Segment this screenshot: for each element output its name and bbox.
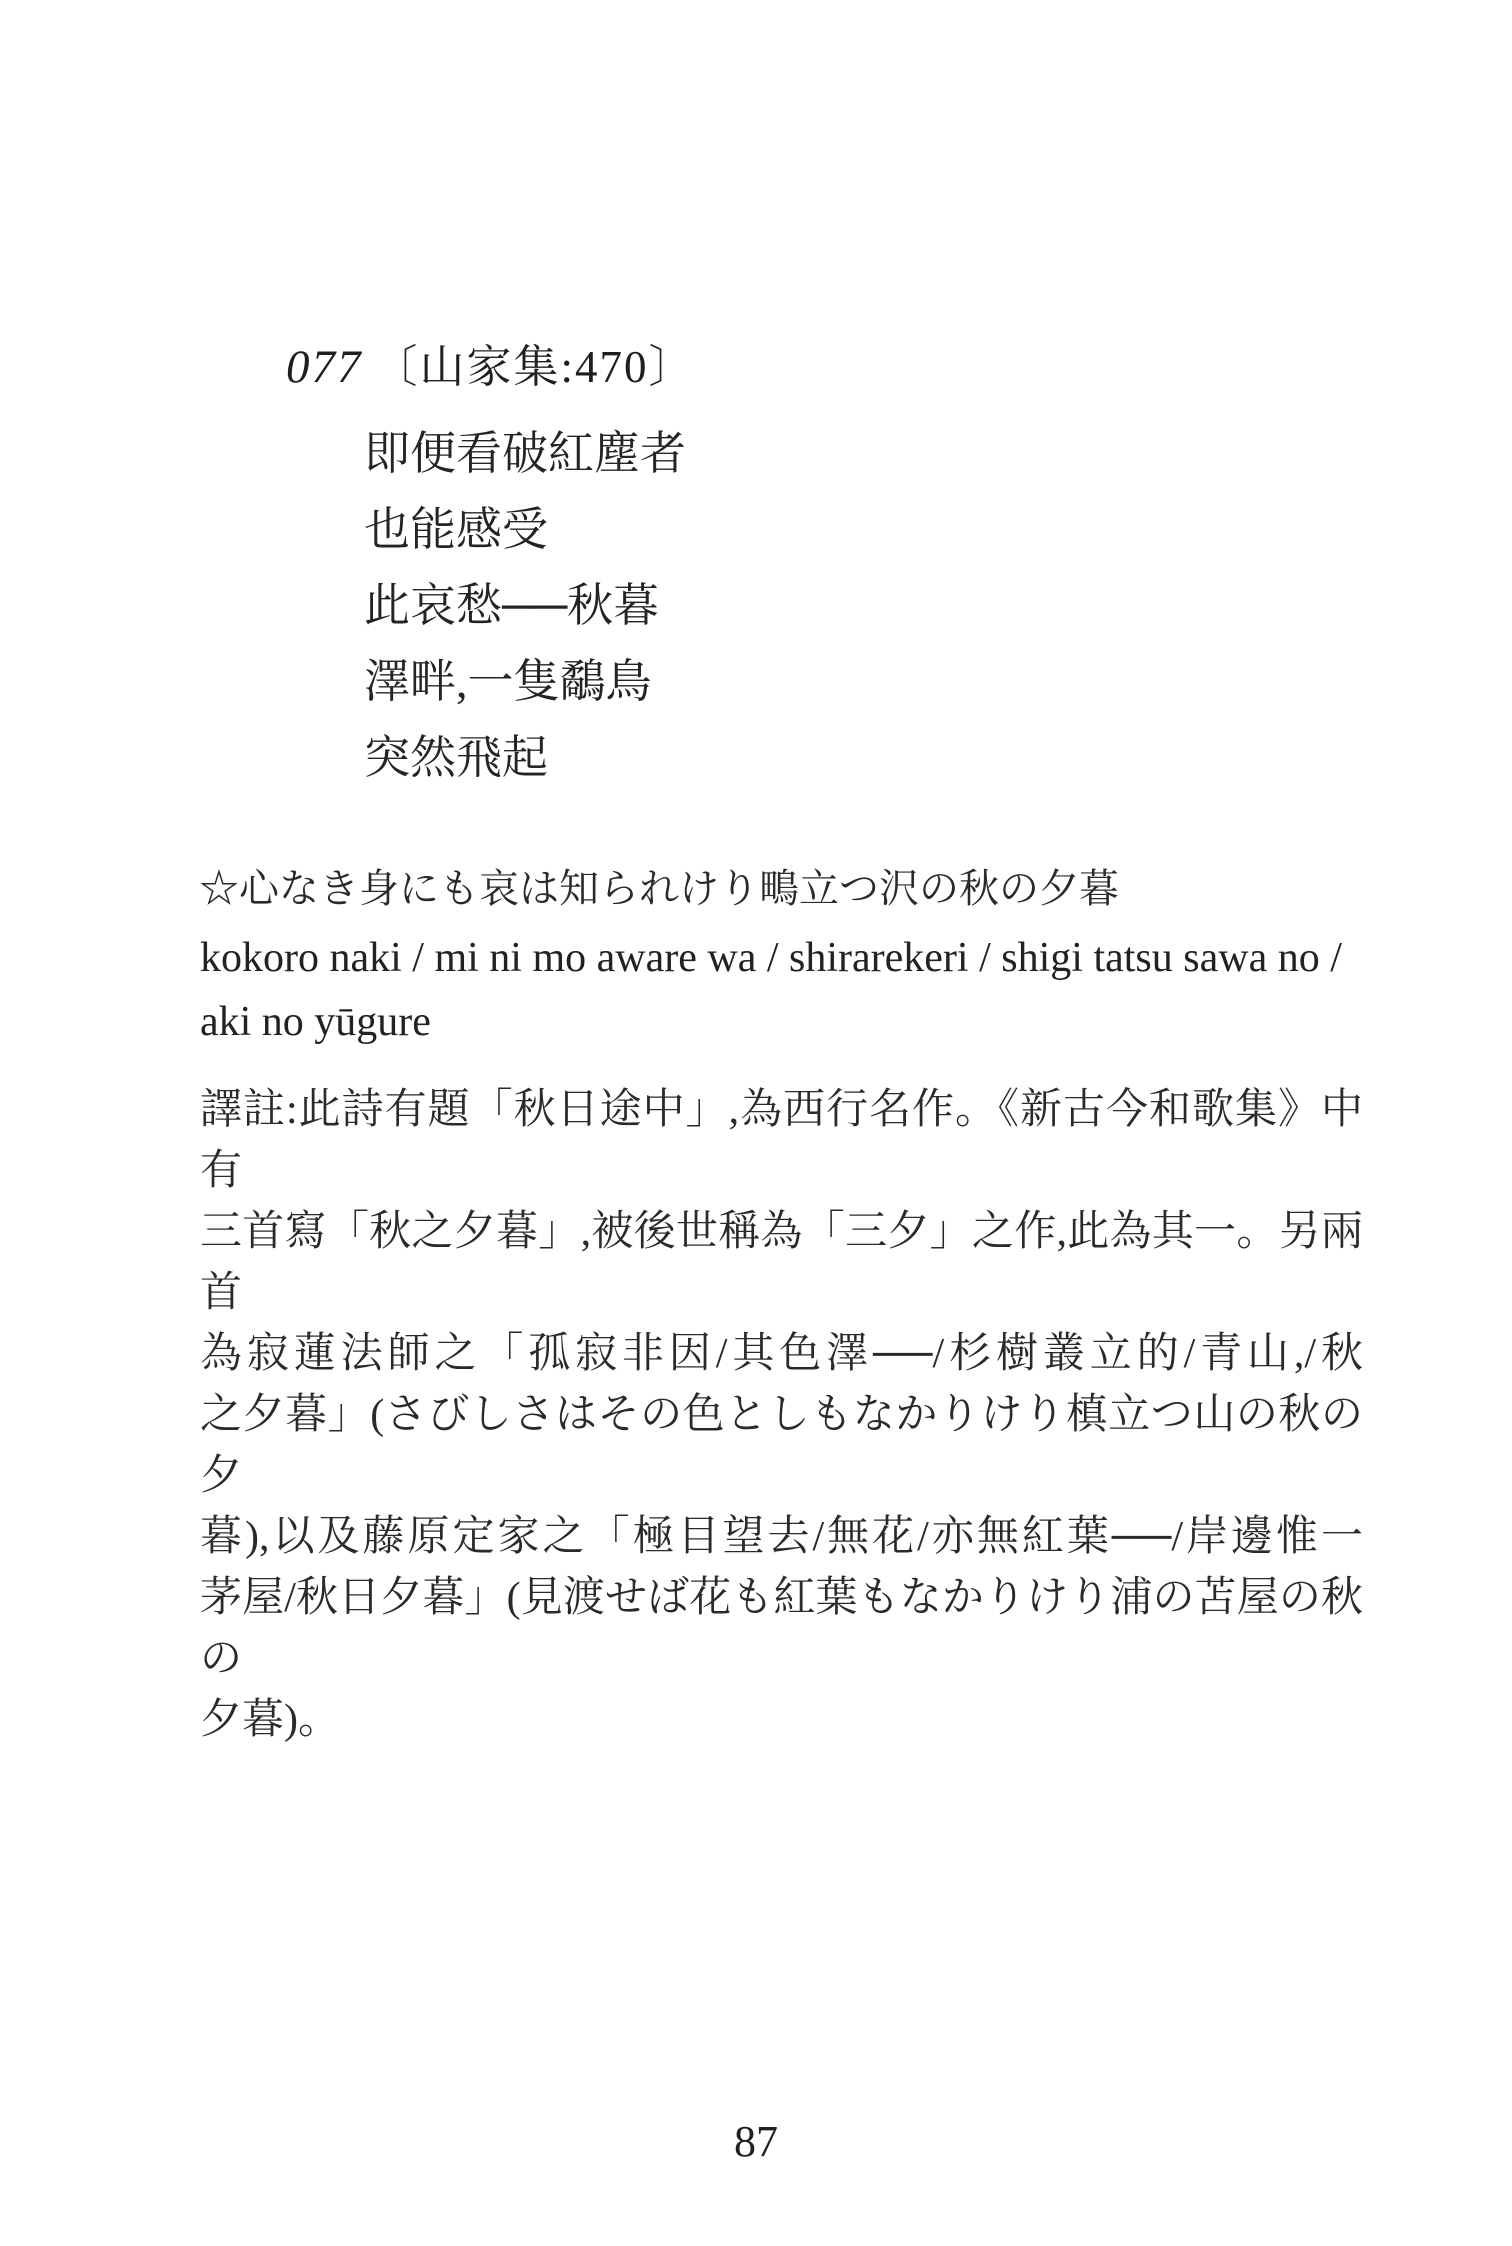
page-number: 87 — [0, 2116, 1512, 2167]
note-line: 茅屋/秋日夕暮」(見渡せば花も紅葉もなかりけり浦の苫屋の秋の — [200, 1568, 1363, 1690]
poem-line: 澤畔,一隻鷸鳥 — [364, 644, 686, 720]
poem-header: 077〔山家集:470〕 — [286, 342, 696, 392]
romaji-line: aki no yūgure — [200, 990, 1342, 1054]
poem-translation: 即便看破紅塵者 也能感受 此哀愁──秋暮 澤畔,一隻鷸鳥 突然飛起 — [364, 416, 686, 796]
poem-line: 此哀愁──秋暮 — [364, 568, 686, 644]
poem-line: 即便看破紅塵者 — [364, 416, 686, 492]
note-line: 暮),以及藤原定家之「極目望去/無花/亦無紅葉──/岸邊惟一 — [200, 1507, 1363, 1568]
romaji-line: kokoro naki / mi ni mo aware wa / shirar… — [200, 926, 1342, 990]
note-line: 之夕暮」(さびしさはその色としもなかりけり槙立つ山の秋の夕 — [200, 1385, 1363, 1507]
poem-number: 077 — [286, 341, 363, 393]
poem-line: 突然飛起 — [364, 720, 686, 796]
romaji-transliteration: kokoro naki / mi ni mo aware wa / shirar… — [200, 926, 1342, 1054]
note-line: 為寂蓮法師之「孤寂非因/其色澤──/杉樹叢立的/青山,/秋 — [200, 1324, 1363, 1385]
poem-line: 也能感受 — [364, 492, 686, 568]
source-reference: 〔山家集:470〕 — [373, 342, 696, 392]
note-line: 譯註:此詩有題「秋日途中」,為西行名作。《新古今和歌集》中有 — [200, 1080, 1363, 1202]
original-waka: ☆心なき身にも哀は知られけり鴫立つ沢の秋の夕暮 — [199, 866, 1119, 912]
translator-note: 譯註:此詩有題「秋日途中」,為西行名作。《新古今和歌集》中有 三首寫「秋之夕暮」… — [200, 1080, 1363, 1751]
note-line: 三首寫「秋之夕暮」,被後世稱為「三夕」之作,此為其一。另兩首 — [200, 1202, 1363, 1324]
note-line: 夕暮)。 — [200, 1690, 1363, 1751]
book-page: 077〔山家集:470〕 即便看破紅塵者 也能感受 此哀愁──秋暮 澤畔,一隻鷸… — [0, 0, 1512, 2246]
